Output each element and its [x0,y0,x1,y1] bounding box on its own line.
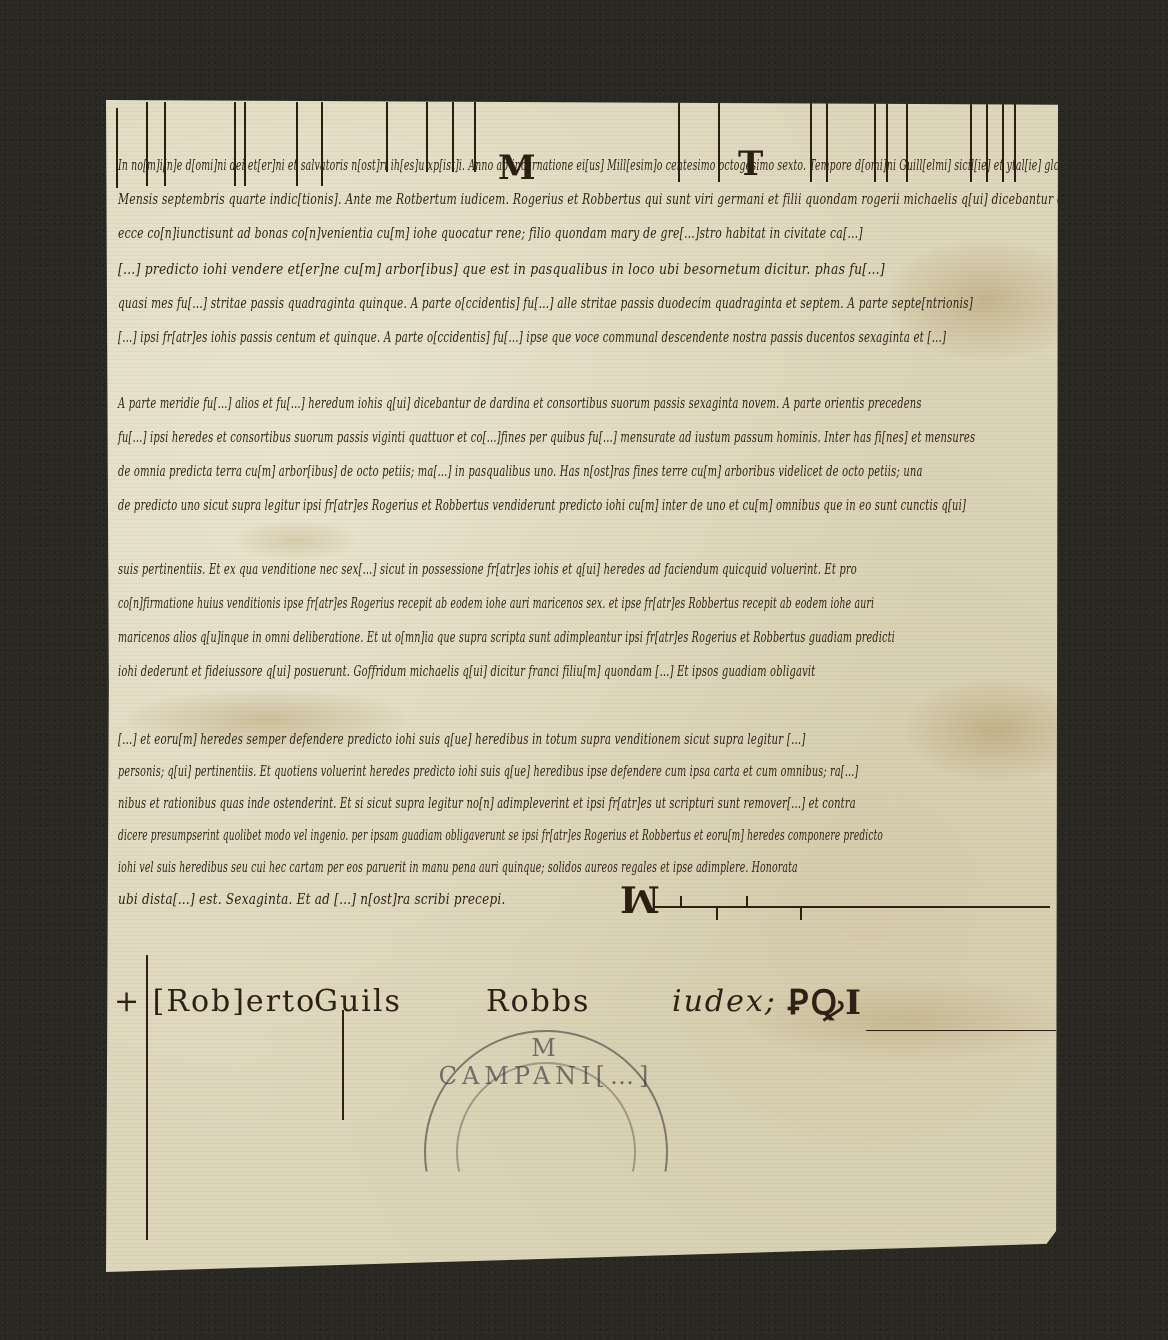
signature-iudex: iudex; [672,984,777,1019]
signature-robbs: Robbs [486,984,590,1019]
signature-judge: + [Rob]erto [114,984,316,1019]
signature-notary-monogram: ꝐꝘI [788,978,863,1024]
signature-guils: Guils [314,984,402,1019]
stamp-text: M CAMPANI[…] [426,1034,666,1090]
parchment-charter: M T In no[m]i[n]e d[omi]ni dei et[er]ni … [106,100,1058,1272]
signature-stem [342,1010,344,1120]
signature-rule [866,1030,1056,1031]
